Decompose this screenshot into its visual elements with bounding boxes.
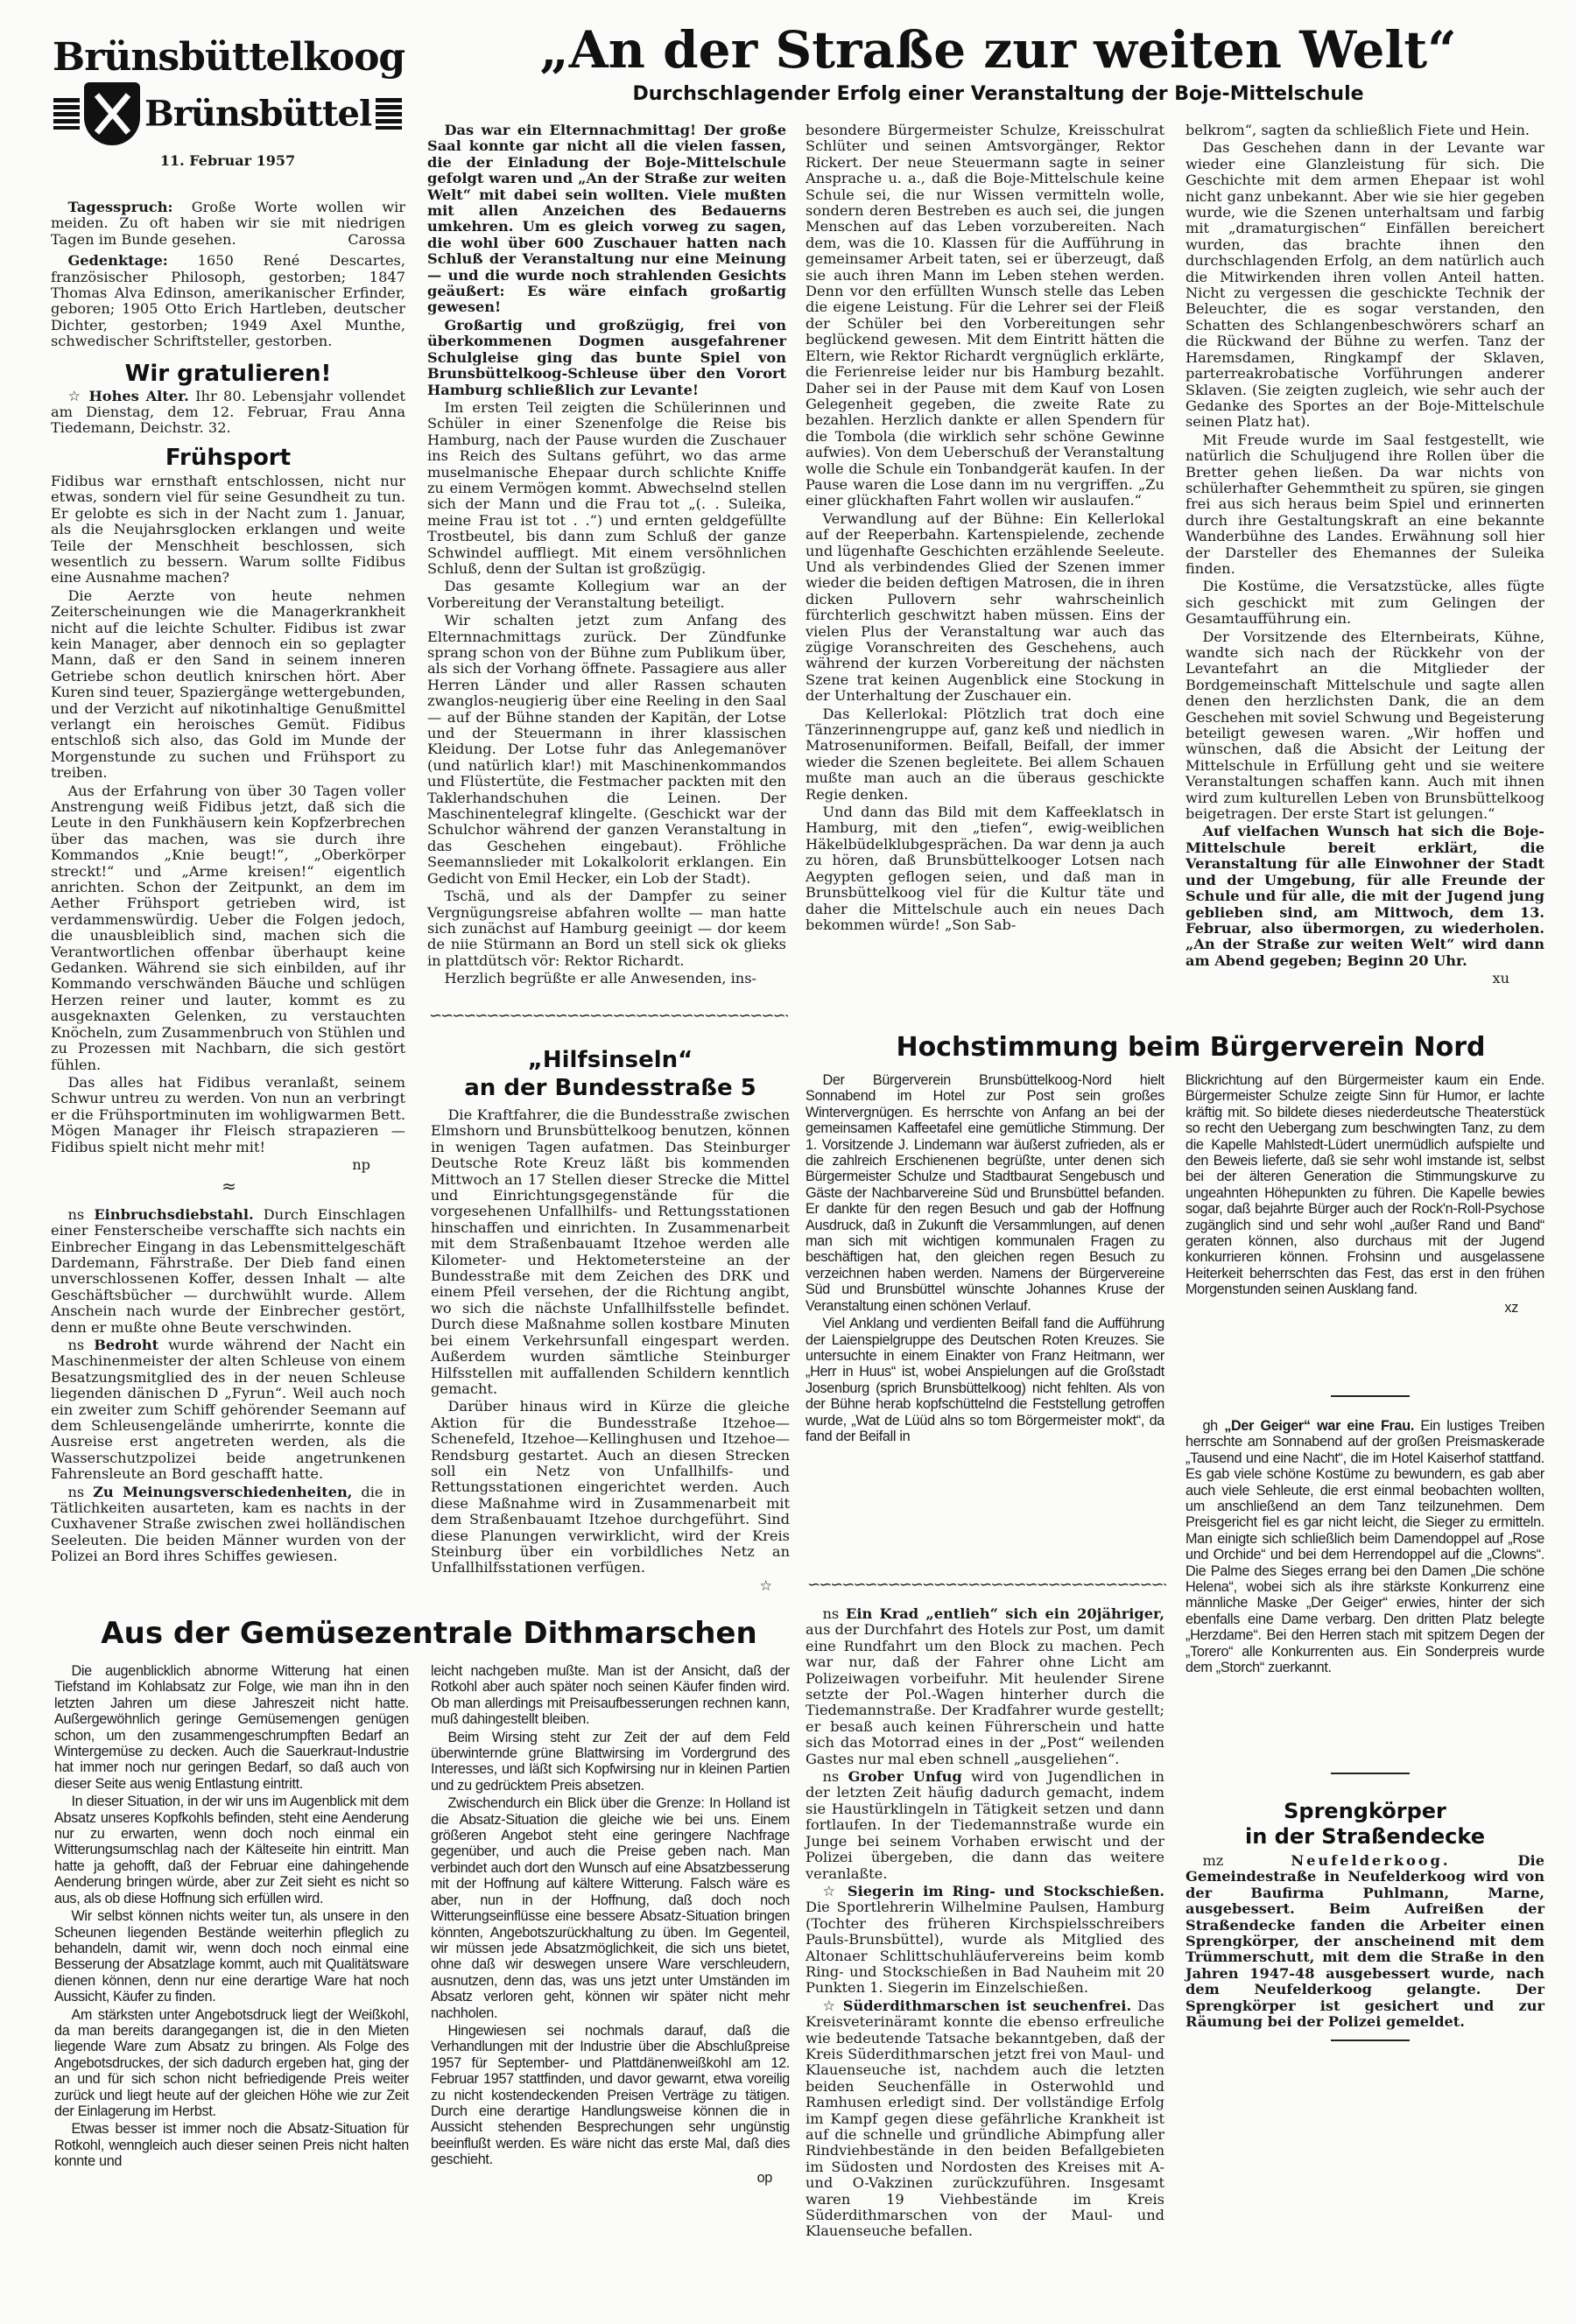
hilfsinseln-headline-1: „Hilfsinseln“: [431, 1046, 790, 1074]
end-star-icon: ☆: [431, 1578, 790, 1594]
left-column: Tagesspruch: Große Worte wollen wir meid…: [51, 200, 405, 1567]
article-paragraph: Darüber hinaus wird in Kürze die gleiche…: [431, 1399, 790, 1576]
tagesspruch-author: Carossa: [331, 232, 405, 248]
article-paragraph: belkrom“, sagten da schließlich Fiete un…: [1186, 123, 1544, 138]
tagesspruch: Tagesspruch: Große Worte wollen wir meid…: [51, 200, 405, 248]
divider-wave-icon: ∽∽∽∽∽∽∽∽∽∽∽∽∽∽∽∽∽∽∽∽∽∽∽∽∽∽∽∽∽∽∽∽∽∽∽∽∽∽∽∽…: [807, 1576, 1166, 1594]
article-paragraph: Zwischendurch ein Blick über die Grenze:…: [431, 1795, 790, 2021]
gemuesezentrale-signature: op: [431, 2170, 790, 2186]
masthead-subtitle: Brünsbüttel: [144, 94, 371, 135]
main-article-column-2: besondere Bürgermeister Schulze, Kreissc…: [806, 123, 1164, 935]
main-article-signature: xu: [1186, 971, 1544, 986]
masthead: Brünsbüttelkoog Brünsbüttel 11. Februar …: [53, 35, 403, 169]
divider-wave-icon: ∽∽∽∽∽∽∽∽∽∽∽∽∽∽∽∽∽∽∽∽∽∽∽∽∽∽∽∽∽∽∽∽∽∽∽∽∽∽∽∽…: [429, 1007, 788, 1025]
article-paragraph: Herzlich begrüßte er alle Anwesenden, in…: [427, 971, 786, 986]
article-paragraph: Mit Freude wurde im Saal festgestellt, w…: [1186, 432, 1544, 578]
article-paragraph: Das Kellerlokal: Plötzlich trat doch ein…: [806, 706, 1164, 803]
news-item: ☆ Süderdithmarschen ist seuchenfrei. Das…: [806, 1998, 1164, 2240]
gemuesezentrale-column-1: Die augenblicklich abnorme Witterung hat…: [54, 1663, 409, 2172]
article-paragraph: Beim Wirsing steht zur Zeit der auf dem …: [431, 1730, 790, 1794]
fruehsport-signature: np: [51, 1157, 405, 1173]
hilfsinseln-article: „Hilfsinseln“ an der Bundesstraße 5 Die …: [431, 1046, 790, 1596]
anchor-shield-icon: [84, 82, 140, 145]
gemuesezentrale-headline: Aus der Gemüsezentrale Dithmarschen: [53, 1615, 806, 1652]
star-icon: ☆: [822, 1998, 836, 2014]
gemuesezentrale-column-2: leicht nachgeben mußte. Man ist der Ansi…: [431, 1663, 790, 2187]
article-paragraph: Das Geschehen dann in der Levante war wi…: [1186, 140, 1544, 430]
main-article-column-3: belkrom“, sagten da schließlich Fiete un…: [1186, 123, 1544, 989]
main-subheadline: Durchschlagender Erfolg einer Veranstalt…: [420, 82, 1576, 107]
article-paragraph: Etwas besser ist immer noch die Absatz-S…: [54, 2121, 409, 2169]
article-paragraph: Die augenblicklich abnorme Witterung hat…: [54, 1663, 409, 1792]
police-item: ns Bedroht wurde während der Nacht ein M…: [51, 1338, 405, 1483]
closing-announcement: Auf vielfachen Wunsch hat sich die Boje-…: [1186, 824, 1544, 969]
article-paragraph: Die Kraftfahrer, die die Bundesstraße zw…: [431, 1107, 790, 1397]
article-paragraph: Hingewiesen sei nochmals darauf, daß die…: [431, 2023, 790, 2168]
divider-rule: [1331, 1773, 1410, 1774]
divider-rule: [1331, 1395, 1410, 1397]
banner-right-icon: [376, 98, 402, 130]
buergerverein-column-1: Der Bürgerverein Brunsbüttelkoog-Nord hi…: [806, 1072, 1164, 1446]
geiger-article: gh „Der Geiger“ war eine Frau. Ein lusti…: [1186, 1418, 1544, 1678]
police-item: ns Einbruchsdiebstahl. Durch Einschlagen…: [51, 1207, 405, 1336]
lokal-meldungen: ns Ein Krad „entlieh“ sich ein 20jährige…: [806, 1606, 1164, 2242]
article-paragraph: Blickrichtung auf den Bürgermeister kaum…: [1186, 1072, 1544, 1298]
gedenktage: Gedenktage: 1650 René Descartes, französ…: [51, 253, 405, 349]
divider-wave-icon: ≈: [51, 1178, 405, 1194]
article-paragraph: besondere Bürgermeister Schulze, Kreissc…: [806, 123, 1164, 509]
main-headline: „An der Straße zur weiten Welt“: [420, 21, 1576, 79]
lead-paragraph: Das war ein Elternnachmittag! Der große …: [427, 123, 786, 316]
police-item: ns Zu Meinungsverschiedenheiten, die in …: [51, 1485, 405, 1565]
banner-left-icon: [53, 98, 80, 130]
buergerverein-signature: xz: [1186, 1300, 1544, 1316]
news-item: ☆ Siegerin im Ring- und Stockschießen. D…: [806, 1884, 1164, 1997]
buergerverein-headline: Hochstimmung beim Bürgerverein Nord: [823, 1031, 1558, 1064]
news-item: ns Ein Krad „entlieh“ sich ein 20jährige…: [806, 1606, 1164, 1767]
article-paragraph: Verwandlung auf der Bühne: Ein Kellerlok…: [806, 511, 1164, 705]
hilfsinseln-headline-2: an der Bundesstraße 5: [431, 1074, 790, 1102]
fruehsport-paragraph: Die Aerzte von heute nehmen Zeiterschein…: [51, 588, 405, 782]
sprengkoerper-headline-2: in der Straßendecke: [1186, 1823, 1544, 1850]
star-icon: ☆: [67, 388, 82, 404]
main-article-column-1: Das war ein Elternnachmittag! Der große …: [427, 123, 786, 989]
article-paragraph: Und dann das Bild mit dem Kaffeeklatsch …: [806, 804, 1164, 933]
fruehsport-paragraph: Das alles hat Fidibus veranlaßt, seinem …: [51, 1075, 405, 1155]
lead-paragraph: Großartig und großzügig, frei von überko…: [427, 318, 786, 398]
article-paragraph: In dieser Situation, in der wir uns im A…: [54, 1794, 409, 1906]
article-paragraph: Wir schalten jetzt zum Anfang des Eltern…: [427, 613, 786, 887]
sprengkoerper-article: Sprengkörper in der Straßendecke mz Neuf…: [1186, 1799, 1544, 2032]
fruehsport-headline: Frühsport: [51, 442, 405, 474]
article-paragraph: Tschä, und als der Dampfer zu seiner Ver…: [427, 888, 786, 969]
sprengkoerper-headline-1: Sprengkörper: [1186, 1799, 1544, 1823]
gratulation-headline: Wir gratulieren!: [51, 359, 405, 389]
star-icon: ☆: [822, 1883, 839, 1899]
fruehsport-paragraph: Aus der Erfahrung von über 30 Tagen voll…: [51, 783, 405, 1073]
article-paragraph: Der Vorsitzende des Elternbeirats, Kühne…: [1186, 629, 1544, 823]
masthead-title: Brünsbüttelkoog: [53, 35, 403, 81]
gratulation-item: ☆ Hohes Alter. Ihr 80. Lebensjahr vollen…: [51, 389, 405, 437]
article-paragraph: Das gesamte Kollegium war an der Vorbere…: [427, 579, 786, 611]
issue-date: 11. Februar 1957: [53, 152, 403, 169]
article-paragraph: Die Kostüme, die Versatzstücke, alles fü…: [1186, 579, 1544, 627]
buergerverein-column-2: Blickrichtung auf den Bürgermeister kaum…: [1186, 1072, 1544, 1317]
news-item: ns Grober Unfug wird von Jugendlichen in…: [806, 1769, 1164, 1882]
article-paragraph: Der Bürgerverein Brunsbüttelkoog-Nord hi…: [806, 1072, 1164, 1314]
article-paragraph: leicht nachgeben mußte. Man ist der Ansi…: [431, 1663, 790, 1728]
divider-rule: [1331, 2040, 1410, 2041]
fruehsport-paragraph: Fidibus war ernsthaft entschlossen, nich…: [51, 474, 405, 586]
article-paragraph: Wir selbst können nichts weiter tun, als…: [54, 1908, 409, 2005]
article-paragraph: Am stärksten unter Angebotsdruck liegt d…: [54, 2007, 409, 2120]
article-paragraph: Im ersten Teil zeigten die Schülerinnen …: [427, 400, 786, 577]
article-paragraph: Viel Anklang und verdienten Beifall fand…: [806, 1316, 1164, 1444]
